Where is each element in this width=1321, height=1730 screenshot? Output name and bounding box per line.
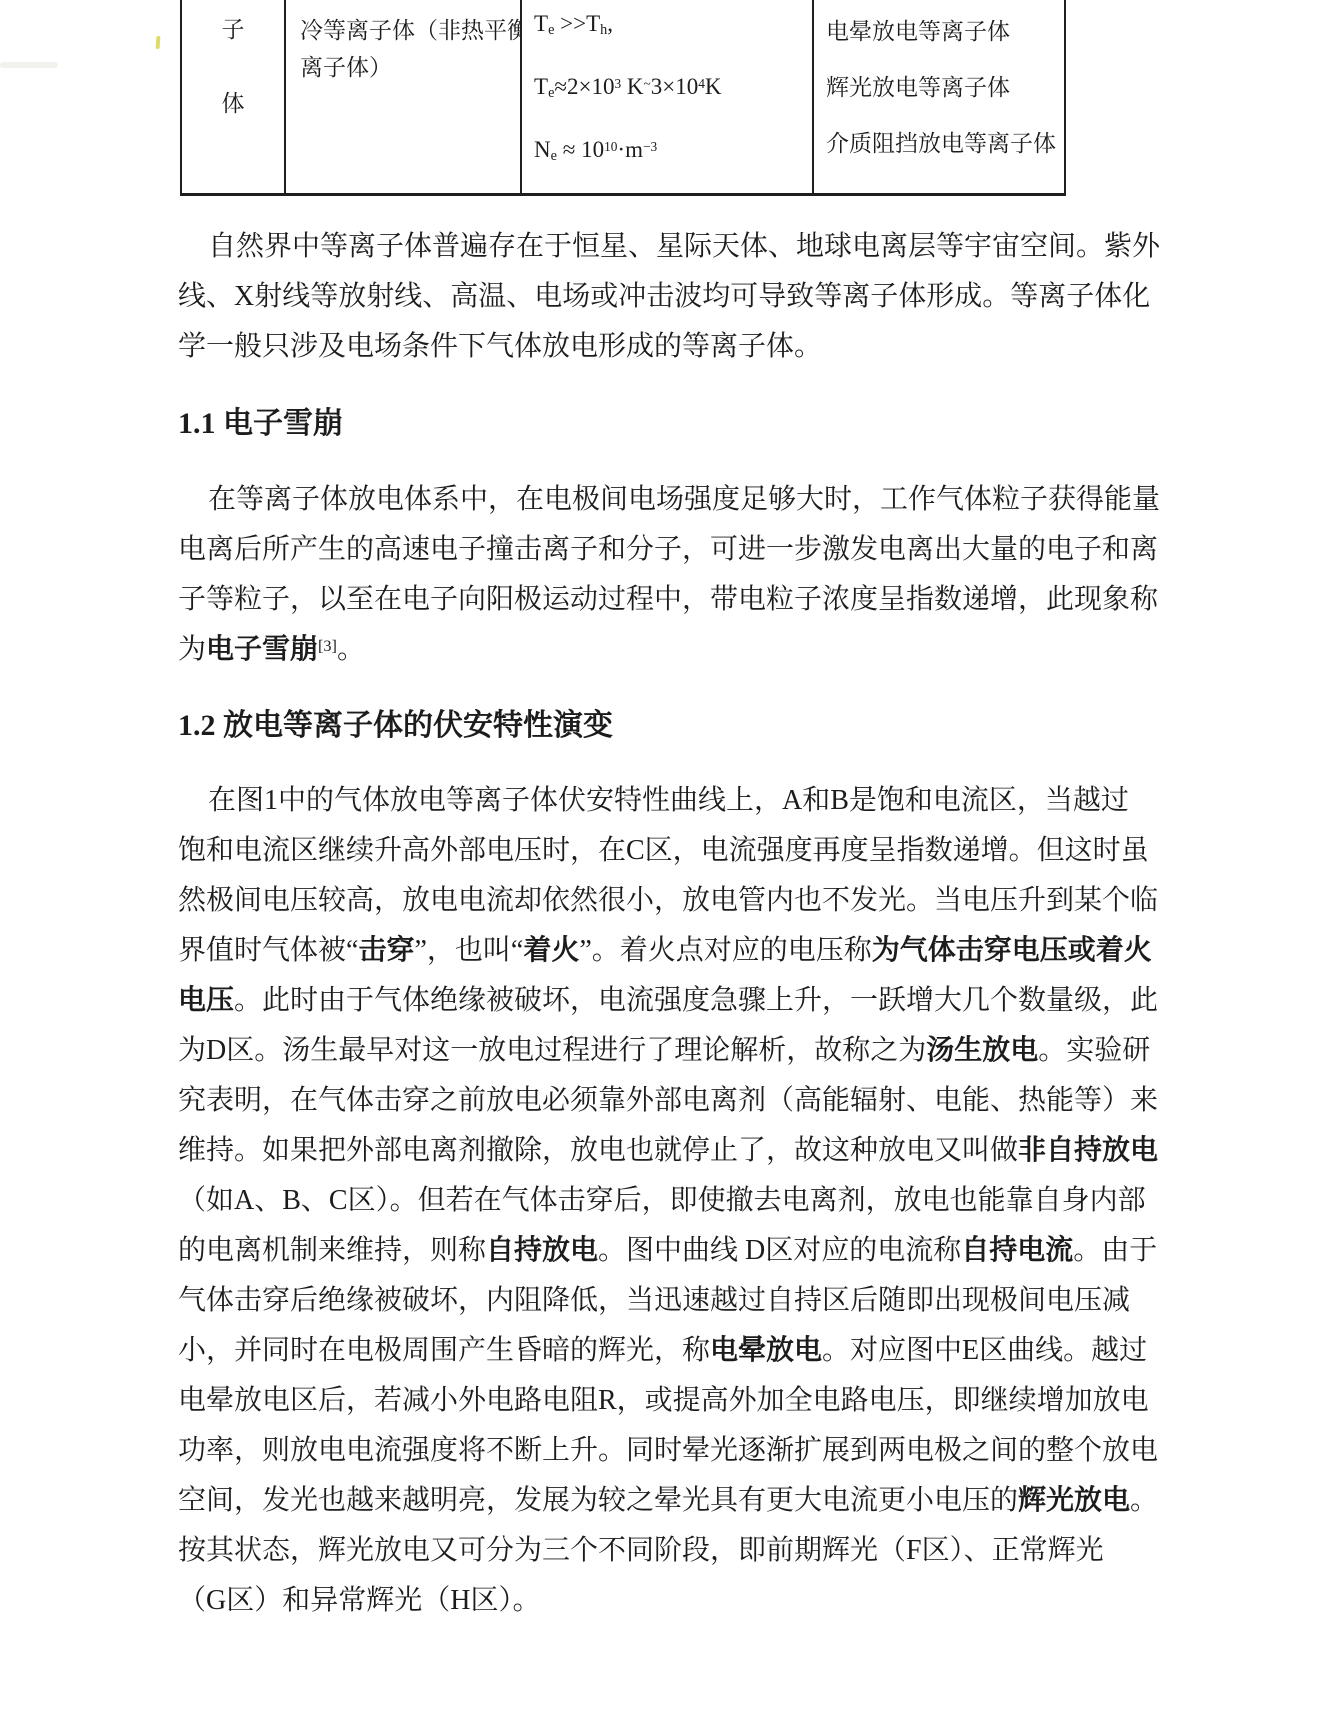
superscript-text: 4 [698,76,705,91]
text-line: 然极间电压较高，放电电流却依然很小，放电管内也不发光。当电压升到某个临 [178,876,1164,926]
text-line: 线、X射线等放射线、高温、电场或冲击波均可导致等离子体形成。等离子体化 [178,272,1164,322]
text-segment: , [607,11,613,36]
vi-characteristics-paragraph: 在图1中的气体放电等离子体伏安特性曲线上，A和B是饱和电流区，当越过饱和电流区继… [178,776,1164,1626]
subscript-text: e [551,148,557,164]
table-cell-plasma-type: 冷等离子体（非热平衡等离子体） [284,0,520,193]
text-segment: 维持。如果把外部电离剂撤除，放电也就停止了，故这种放电又叫做 [178,1135,1018,1166]
text-line: 体 [182,90,284,118]
text-line: 冷等离子体（非热平衡等 [300,12,512,49]
text-segment: 。 [1130,1485,1158,1516]
bold-term: 击穿 [358,935,414,966]
subscript-text: e [548,22,554,38]
text-segment: ”，也叫“ [414,935,523,966]
text-segment: 饱和电流区继续升高外部电压时，在C区，电流强度再度呈指数递增。但这时虽 [178,835,1149,866]
subscript-text: e [548,85,554,101]
text-line: 电压。此时由于气体绝缘被破坏，电流强度急骤上升，一跃增大几个数量级，此 [178,976,1164,1026]
text-segment: 子等粒子，以至在电子向阳极运动过程中，带电粒子浓度呈指数递增，此现象称 [178,584,1158,615]
scan-artifact-yellow-tick [156,36,161,49]
subscript-text: h [600,22,607,38]
text-line: 功率，则放电电流强度将不断上升。同时晕光逐渐扩展到两电极之间的整个放电 [178,1426,1164,1476]
text-segment: 为 [178,634,206,665]
text-line: 气体击穿后绝缘被破坏，内阻降低，当迅速越过自持区后随即出现极间电压减 [178,1276,1164,1326]
superscript-text: −3 [643,139,657,154]
text-segment: 然极间电压较高，放电电流却依然很小，放电管内也不发光。当电压升到某个临 [178,885,1158,916]
text-segment: 究表明，在气体击穿之前放电必须靠外部电离剂（高能辐射、电能、热能等）来 [178,1085,1158,1116]
section-heading-1-1: 1.1 电子雪崩 [178,400,343,448]
text-segment: ·m [617,137,643,162]
text-segment: 电晕放电区后，若减小外电路电阻R，或提高外加全电路电压，即继续增加放电 [178,1385,1149,1416]
text-segment: （如A、B、C区）。但若在气体击穿后，即使撤去电离剂，放电也能靠自身内部 [178,1185,1146,1216]
text-segment: 在图1中的气体放电等离子体伏安特性曲线上，A和B是饱和电流区，当越过 [208,785,1129,816]
text-segment: 。图中曲线 D区对应的电流称 [598,1235,961,1266]
electron-avalanche-paragraph: 在等离子体放电体系中，在电极间电场强度足够大时，工作气体粒子获得能量电离后所产生… [178,475,1164,675]
text-line: 自然界中等离子体普遍存在于恒星、星际天体、地球电离层等宇宙空间。紫外 [178,222,1164,272]
superscript-text: ~ [644,76,651,91]
text-segment: 线、X射线等放射线、高温、电场或冲击波均可导致等离子体形成。等离子体化 [178,281,1150,312]
superscript-text: [3] [318,637,337,655]
text-segment: （G区）和异常辉光（H区）。 [178,1585,540,1616]
text-line: 按其状态，辉光放电又可分为三个不同阶段，即前期辉光（F区）、正常辉光 [178,1526,1164,1576]
text-segment: 。对应图中E区曲线。越过 [822,1335,1147,1366]
text-segment: 气体击穿后绝缘被破坏，内阻降低，当迅速越过自持区后随即出现极间电压减 [178,1285,1130,1316]
table-cell-parameters: Te >>Th,Te≈2×103 K~3×104KNe ≈ 1010·m−3 [520,0,812,193]
text-segment: 电离后所产生的高速电子撞击离子和分子，可进一步激发电离出大量的电子和离 [178,534,1158,565]
bold-term: 辉光放电 [1018,1485,1130,1516]
text-segment: N [534,137,551,162]
text-segment: 自然界中等离子体普遍存在于恒星、星际天体、地球电离层等宇宙空间。紫外 [208,231,1160,262]
text-line: 子等粒子，以至在电子向阳极运动过程中，带电粒子浓度呈指数递增，此现象称 [178,575,1164,625]
text-line: 电晕放电等离子体 [826,18,1058,74]
text-line: 的电离机制来维持，则称自持放电。图中曲线 D区对应的电流称自持电流。由于 [178,1226,1164,1276]
text-segment: ≈ 10 [557,137,604,162]
text-segment: 。由于 [1073,1235,1157,1266]
text-segment: ≈2×10 [554,74,614,99]
text-line: 离子体） [300,49,512,86]
superscript-text: 3 [615,76,622,91]
table-cell-row-label: 子体 [180,0,284,193]
bold-term: 汤生放电 [926,1035,1038,1066]
text-line: 空间，发光也越来越明亮，发展为较之晕光具有更大电流更小电压的辉光放电。 [178,1476,1164,1526]
text-line: 在图1中的气体放电等离子体伏安特性曲线上，A和B是饱和电流区，当越过 [178,776,1164,826]
text-segment: 在等离子体放电体系中，在电极间电场强度足够大时，工作气体粒子获得能量 [208,484,1160,515]
text-line: （G区）和异常辉光（H区）。 [178,1576,1164,1626]
section-heading-1-2: 1.2 放电等离子体的伏安特性演变 [178,702,613,750]
text-segment: 小，并同时在电极周围产生昏暗的辉光，称 [178,1335,710,1366]
text-line: 电晕放电区后，若减小外电路电阻R，或提高外加全电路电压，即继续增加放电 [178,1376,1164,1426]
text-line: Te≈2×103 K~3×104K [534,71,806,134]
document-page: 子体 冷等离子体（非热平衡等离子体） Te >>Th,Te≈2×103 K~3×… [0,0,1321,1730]
text-segment: 为D区。汤生最早对这一放电过程进行了理论解析，故称之为 [178,1035,926,1066]
intro-paragraph: 自然界中等离子体普遍存在于恒星、星际天体、地球电离层等宇宙空间。紫外线、X射线等… [178,222,1164,372]
text-line: 究表明，在气体击穿之前放电必须靠外部电离剂（高能辐射、电能、热能等）来 [178,1076,1164,1126]
superscript-text: 10 [604,139,617,154]
text-line: 学一般只涉及电场条件下气体放电形成的等离子体。 [178,322,1164,372]
text-line: 维持。如果把外部电离剂撤除，放电也就停止了，故这种放电又叫做非自持放电 [178,1126,1164,1176]
bold-term: 着火 [523,935,579,966]
text-segment: 3×10 [651,74,698,99]
text-segment: K [621,74,643,99]
text-segment: 按其状态，辉光放电又可分为三个不同阶段，即前期辉光（F区）、正常辉光 [178,1535,1104,1566]
text-line: 饱和电流区继续升高外部电压时，在C区，电流强度再度呈指数递增。但这时虽 [178,826,1164,876]
text-segment: K [705,74,722,99]
text-line: 界值时气体被“击穿”，也叫“着火”。着火点对应的电压称为气体击穿电压或着火 [178,926,1164,976]
text-segment: 功率，则放电电流强度将不断上升。同时晕光逐渐扩展到两电极之间的整个放电 [178,1435,1158,1466]
table-cell-discharge-examples: 电晕放电等离子体辉光放电等离子体介质阻挡放电等离子体 [812,0,1066,193]
bold-term: 电晕放电 [710,1335,822,1366]
bold-term: 非自持放电 [1018,1135,1158,1166]
text-line: （如A、B、C区）。但若在气体击穿后，即使撤去电离剂，放电也能靠自身内部 [178,1176,1164,1226]
text-segment: 界值时气体被“ [178,935,358,966]
text-segment: 空间，发光也越来越明亮，发展为较之晕光具有更大电流更小电压的 [178,1485,1018,1516]
bold-term: 自持电流 [961,1235,1073,1266]
text-segment: 学一般只涉及电场条件下气体放电形成的等离子体。 [178,331,822,362]
text-segment: T [534,74,548,99]
text-line: 辉光放电等离子体 [826,74,1058,130]
text-line: 电离后所产生的高速电子撞击离子和分子，可进一步激发电离出大量的电子和离 [178,525,1164,575]
text-line: 子 [182,16,284,44]
text-line: Ne ≈ 1010·m−3 [534,134,806,193]
text-line: 为电子雪崩[3]。 [178,625,1164,675]
text-segment: 。此时由于气体绝缘被破坏，电流强度急骤上升，一跃增大几个数量级，此 [234,985,1158,1016]
plasma-classification-table: 子体 冷等离子体（非热平衡等离子体） Te >>Th,Te≈2×103 K~3×… [180,0,1066,196]
text-line: Te >>Th, [534,8,806,71]
text-segment: T [534,11,548,36]
text-line: 介质阻挡放电等离子体 [826,130,1058,186]
text-line: 在等离子体放电体系中，在电极间电场强度足够大时，工作气体粒子获得能量 [178,475,1164,525]
text-line: 小，并同时在电极周围产生昏暗的辉光，称电晕放电。对应图中E区曲线。越过 [178,1326,1164,1376]
bold-term: 为气体击穿电压或着火 [872,935,1152,966]
text-segment: >>T [554,11,600,36]
scan-artifact-gray-smudge [0,62,58,68]
text-segment: 的电离机制来维持，则称 [178,1235,486,1266]
text-line: 为D区。汤生最早对这一放电过程进行了理论解析，故称之为汤生放电。实验研 [178,1026,1164,1076]
bold-term: 电压 [178,985,234,1016]
bold-term: 自持放电 [486,1235,598,1266]
text-segment: 。实验研 [1038,1035,1150,1066]
text-segment: ”。着火点对应的电压称 [579,935,871,966]
bold-term: 电子雪崩 [206,634,318,665]
text-segment: 。 [337,634,365,665]
